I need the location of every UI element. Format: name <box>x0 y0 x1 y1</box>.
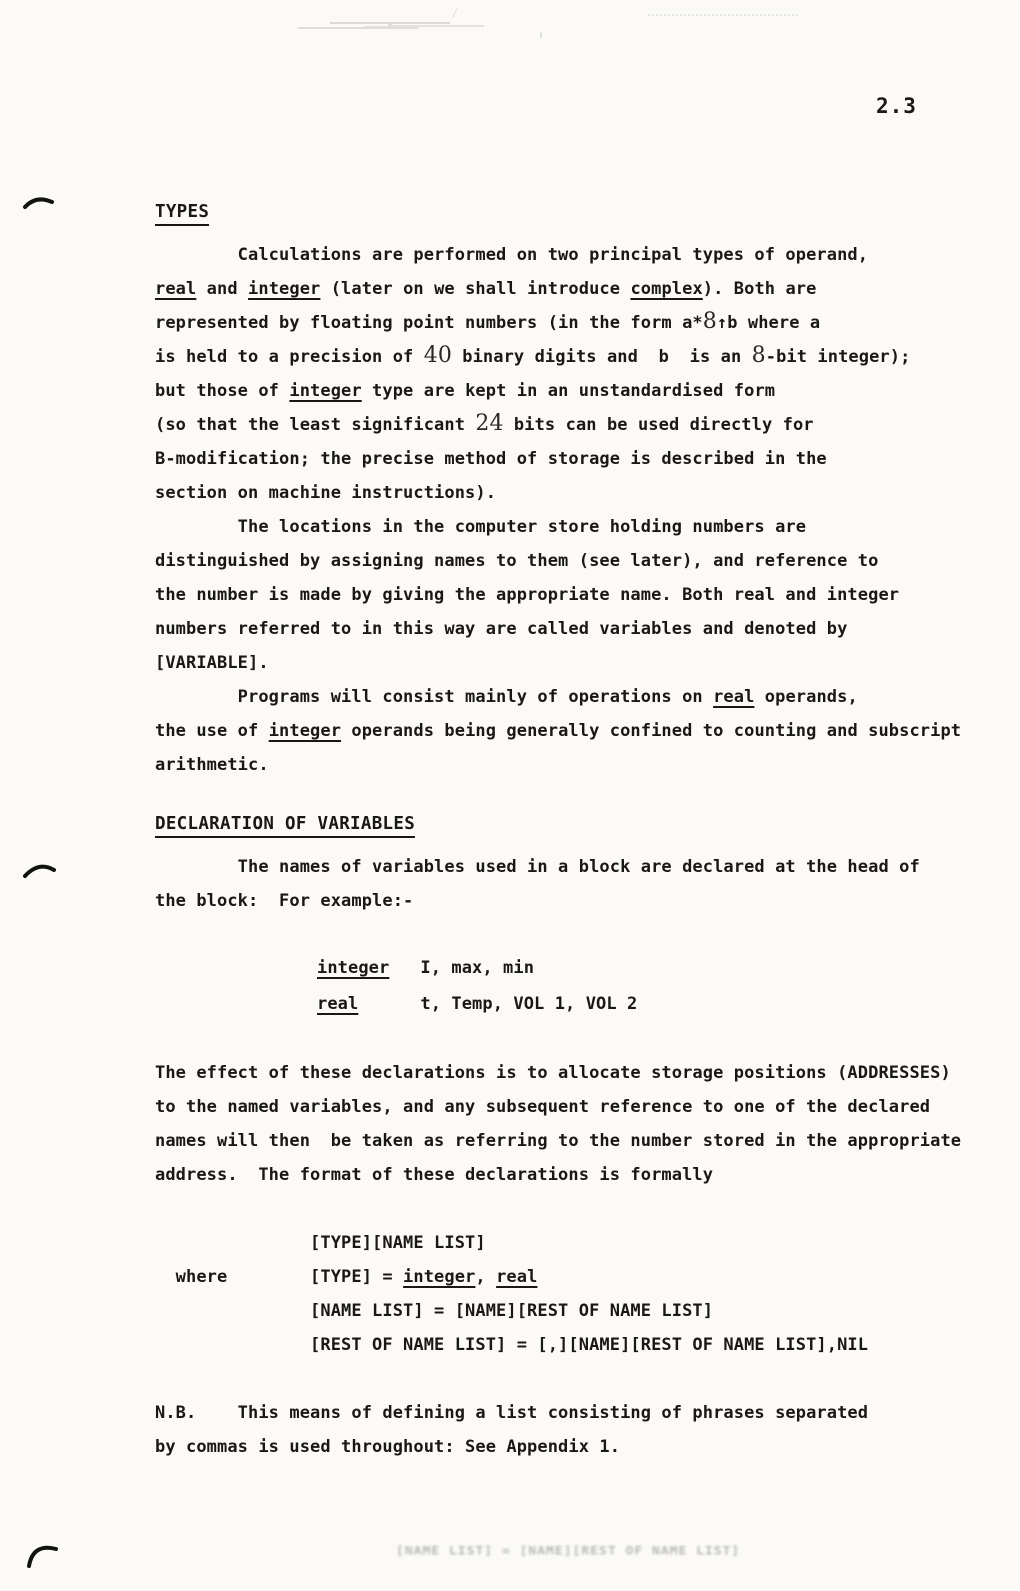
text-line: arithmetic. <box>155 748 961 782</box>
text-line: the number is made by giving the appropr… <box>155 578 899 612</box>
inserted-glyph: 40 <box>424 343 452 368</box>
scanned-document-page: 2.3 TYPES Calculations are performed on … <box>0 0 1020 1591</box>
text-line: The effect of these declarations is to a… <box>155 1056 961 1090</box>
text-line: to the named variables, and any subseque… <box>155 1090 961 1124</box>
text-line: but those of integer type are kept in an… <box>155 374 910 408</box>
text-line: real t, Temp, VOL 1, VOL 2 <box>317 986 637 1022</box>
section-heading-declaration: DECLARATION OF VARIABLES <box>155 814 415 838</box>
text-line: [VARIABLE]. <box>155 646 899 680</box>
text-line: the use of integer operands being genera… <box>155 714 961 748</box>
text-line: names will then be taken as referring to… <box>155 1124 961 1158</box>
page-number: 2.3 <box>876 94 917 118</box>
inserted-glyph: 8 <box>752 343 766 368</box>
text-line: integer I, max, min <box>317 950 637 986</box>
pen-arc-mark <box>26 1540 62 1570</box>
inserted-glyph: 24 <box>475 411 503 436</box>
nota-bene-paragraph: N.B. This means of defining a list consi… <box>155 1396 868 1464</box>
types-paragraph-3: Programs will consist mainly of operatio… <box>155 680 961 782</box>
text-line: is held to a precision of 40 binary digi… <box>155 340 910 374</box>
showthrough-text: [NAME LIST] = [NAME][REST OF NAME LIST] <box>396 1545 740 1558</box>
scan-noise <box>648 14 798 17</box>
pen-arc-mark <box>22 858 58 880</box>
inserted-glyph: 8 <box>703 309 717 334</box>
pen-arc-mark <box>22 192 56 212</box>
text-line: B-modification; the precise method of st… <box>155 442 910 476</box>
section-heading-types: TYPES <box>155 202 209 226</box>
text-line: [NAME LIST] = [NAME][REST OF NAME LIST] <box>155 1294 868 1328</box>
declaration-format-block: [TYPE][NAME LIST] where [TYPE] = integer… <box>155 1226 868 1362</box>
text-line: distinguished by assigning names to them… <box>155 544 899 578</box>
text-line: where [TYPE] = integer, real <box>155 1260 868 1294</box>
scan-noise <box>540 32 542 38</box>
text-line: (so that the least significant 24 bits c… <box>155 408 910 442</box>
text-line: N.B. This means of defining a list consi… <box>155 1396 868 1430</box>
text-line: Programs will consist mainly of operatio… <box>155 680 961 714</box>
text-line: [TYPE][NAME LIST] <box>155 1226 868 1260</box>
scan-noise <box>268 24 388 26</box>
types-paragraph-2: The locations in the computer store hold… <box>155 510 899 680</box>
text-line: by commas is used throughout: See Append… <box>155 1430 868 1464</box>
text-line: The names of variables used in a block a… <box>155 850 920 884</box>
text-line: Calculations are performed on two princi… <box>155 238 910 272</box>
text-line: section on machine instructions). <box>155 476 910 510</box>
text-line: the block: For example:- <box>155 884 920 918</box>
declaration-example-block: integer I, max, minreal t, Temp, VOL 1, … <box>317 950 637 1022</box>
types-paragraph-1: Calculations are performed on two princi… <box>155 238 910 510</box>
text-line: [REST OF NAME LIST] = [,][NAME][REST OF … <box>155 1328 868 1362</box>
declaration-intro-paragraph: The names of variables used in a block a… <box>155 850 920 918</box>
text-line: The locations in the computer store hold… <box>155 510 899 544</box>
text-line: address. The format of these declaration… <box>155 1158 961 1192</box>
scan-noise <box>453 8 513 43</box>
text-line: real and integer (later on we shall intr… <box>155 272 910 306</box>
text-line: represented by floating point numbers (i… <box>155 306 910 340</box>
text-line: numbers referred to in this way are call… <box>155 612 899 646</box>
declaration-effect-paragraph: The effect of these declarations is to a… <box>155 1056 961 1192</box>
